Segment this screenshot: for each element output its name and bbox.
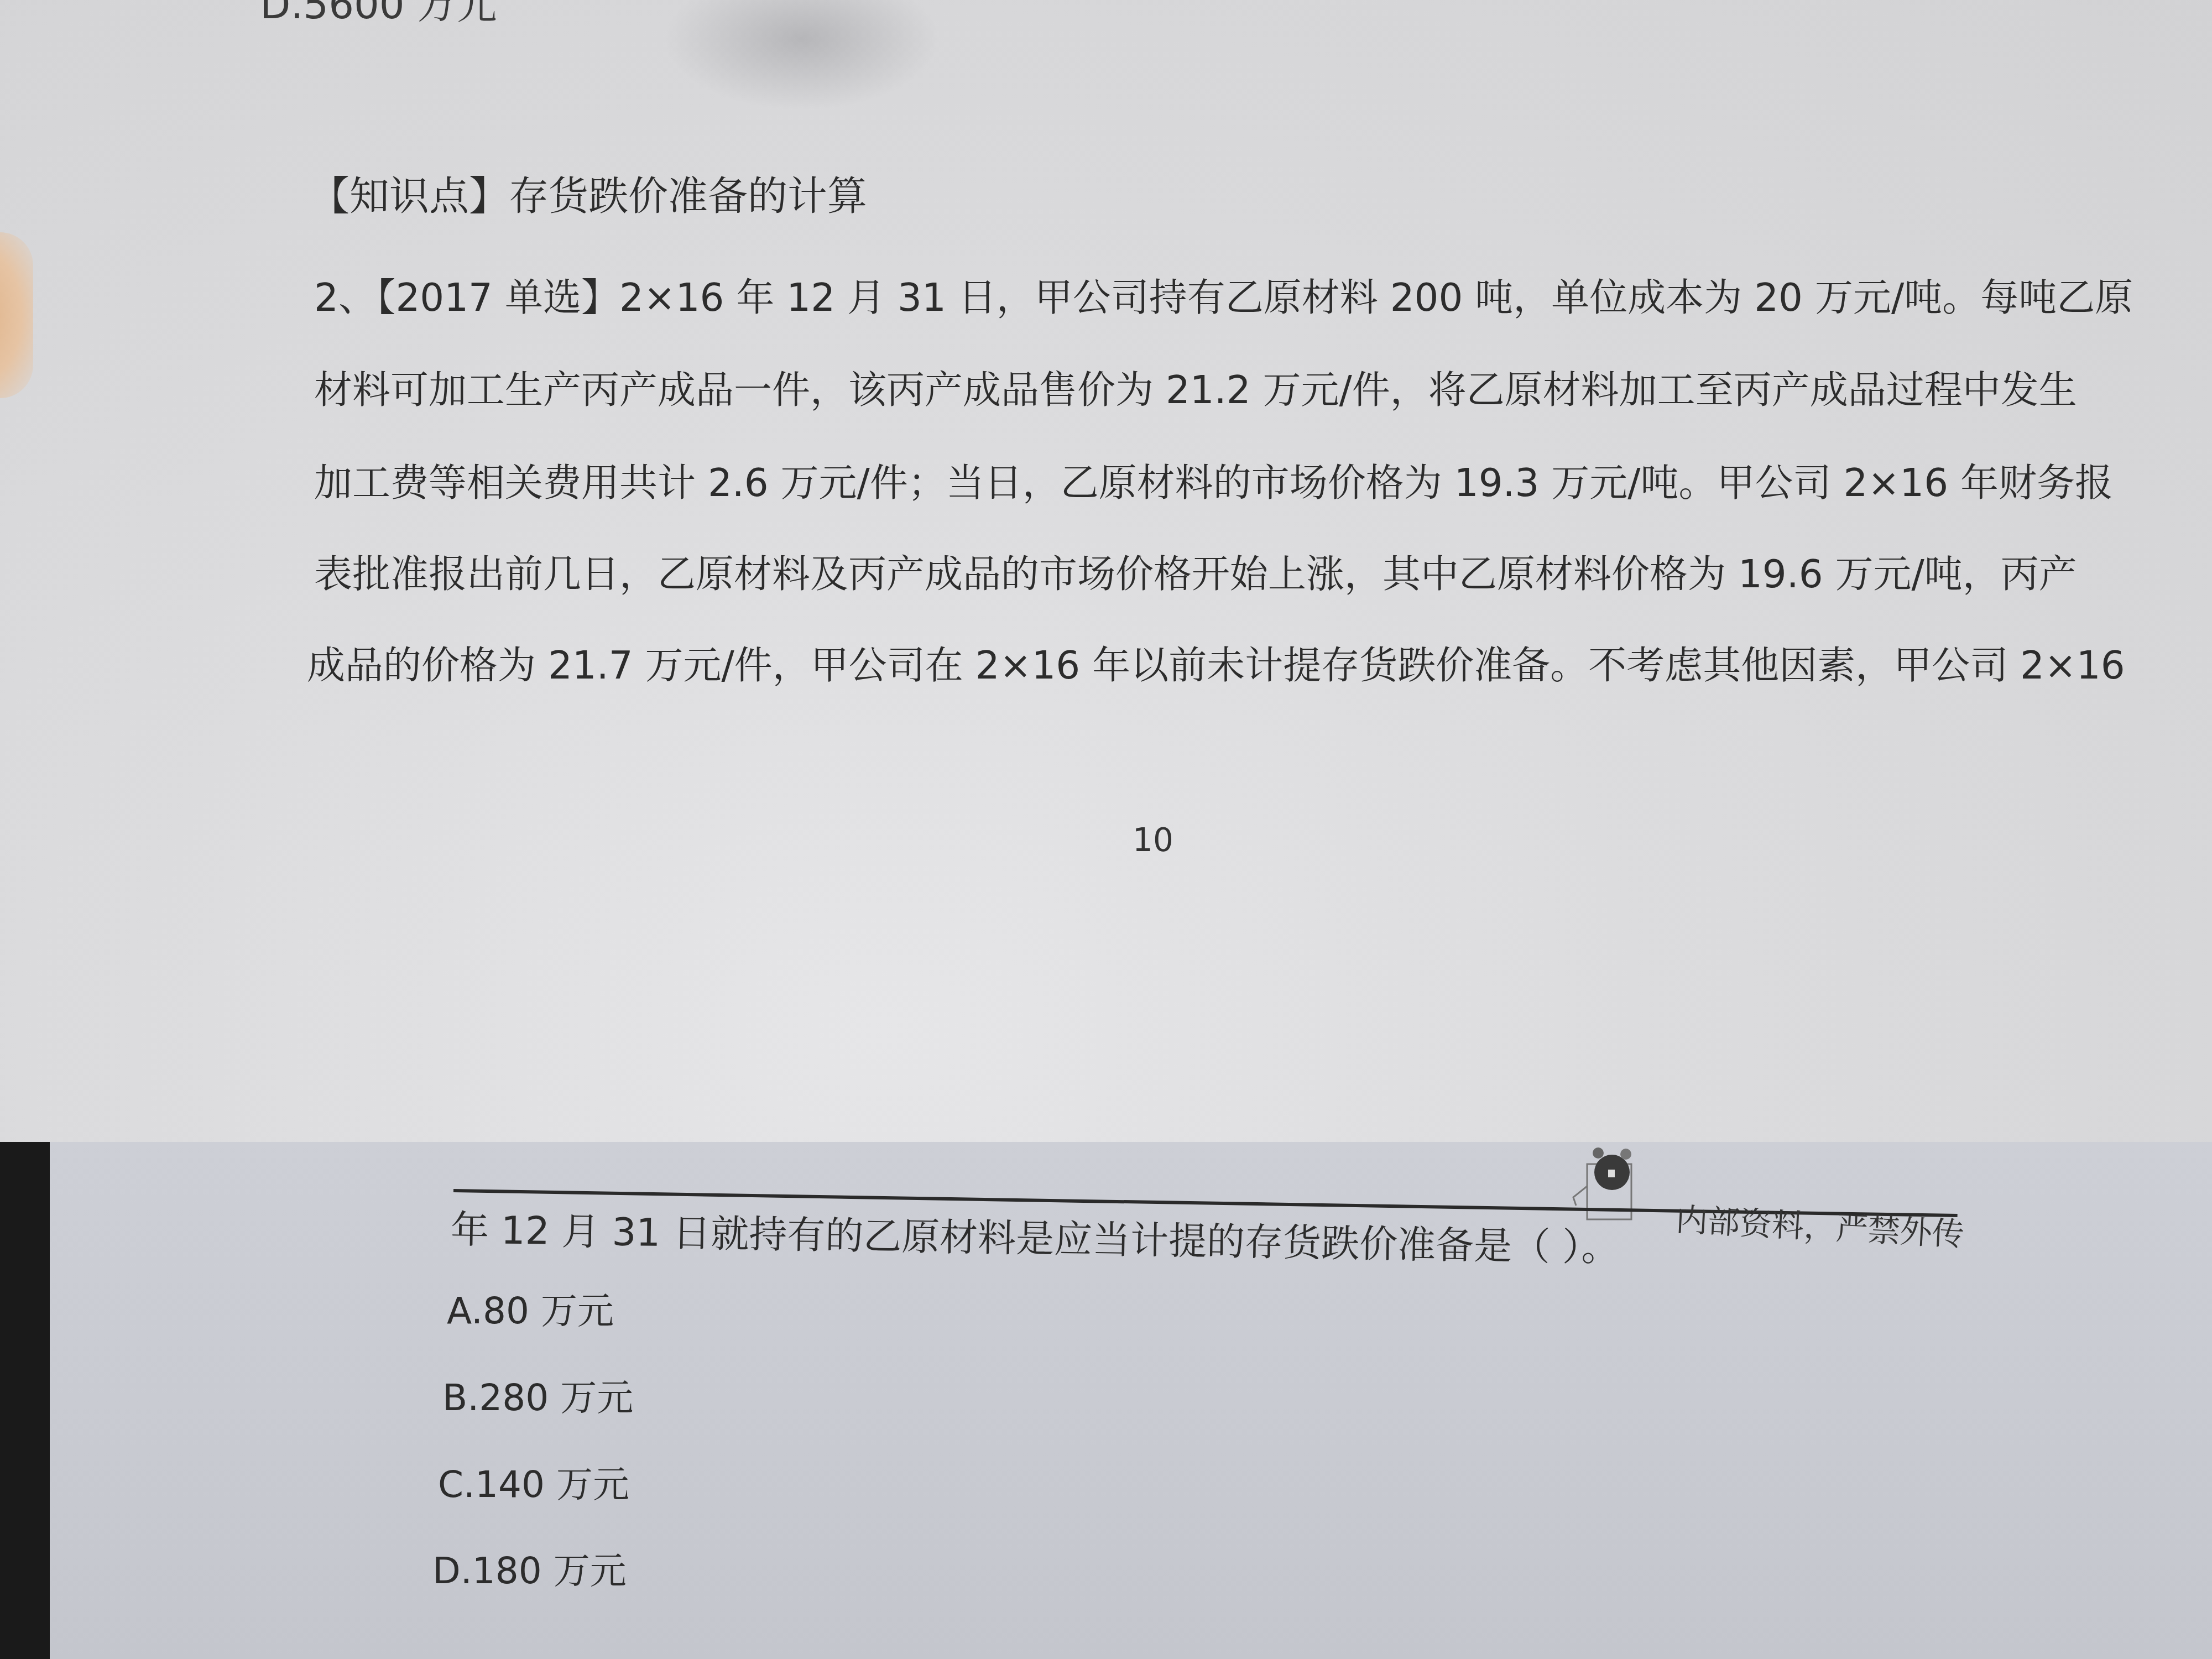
upper-sheet: D.5600 万元 【知识点】存货跌价准备的计算 2、【2017 单选】2×16… [0, 0, 2212, 1142]
question-line-1: 2、【2017 单选】2×16 年 12 月 31 日，甲公司持有乙原材料 20… [314, 279, 2133, 317]
question-line-3: 加工费等相关费用共计 2.6 万元/件；当日，乙原材料的市场价格为 19.3 万… [314, 465, 2113, 503]
page-number: 10 [1133, 824, 1173, 856]
finger-edge [0, 232, 33, 398]
shadow [664, 0, 940, 111]
knowledge-point-title: 【知识点】存货跌价准备的计算 [310, 176, 867, 216]
background-surface [0, 1142, 53, 1659]
question-line-5: 成品的价格为 21.7 万元/件，甲公司在 2×16 年以前未计提存货跌价准备。… [307, 647, 2125, 685]
option-d: D.180 万元 [432, 1553, 627, 1589]
option-b: B.280 万元 [442, 1380, 633, 1416]
question-line-4: 表批准报出前几日，乙原材料及丙产成品的市场价格开始上涨，其中乙原材料价格为 19… [314, 556, 2077, 594]
mascot-logo-icon [1559, 1142, 1670, 1230]
option-c: C.140 万元 [438, 1467, 629, 1503]
question-line-2: 材料可加工生产丙产成品一件，该丙产成品售价为 21.2 万元/件，将乙原材料加工… [314, 372, 2077, 410]
previous-answer-fragment: D.5600 万元 [260, 0, 497, 24]
option-a: A.80 万元 [447, 1293, 614, 1329]
